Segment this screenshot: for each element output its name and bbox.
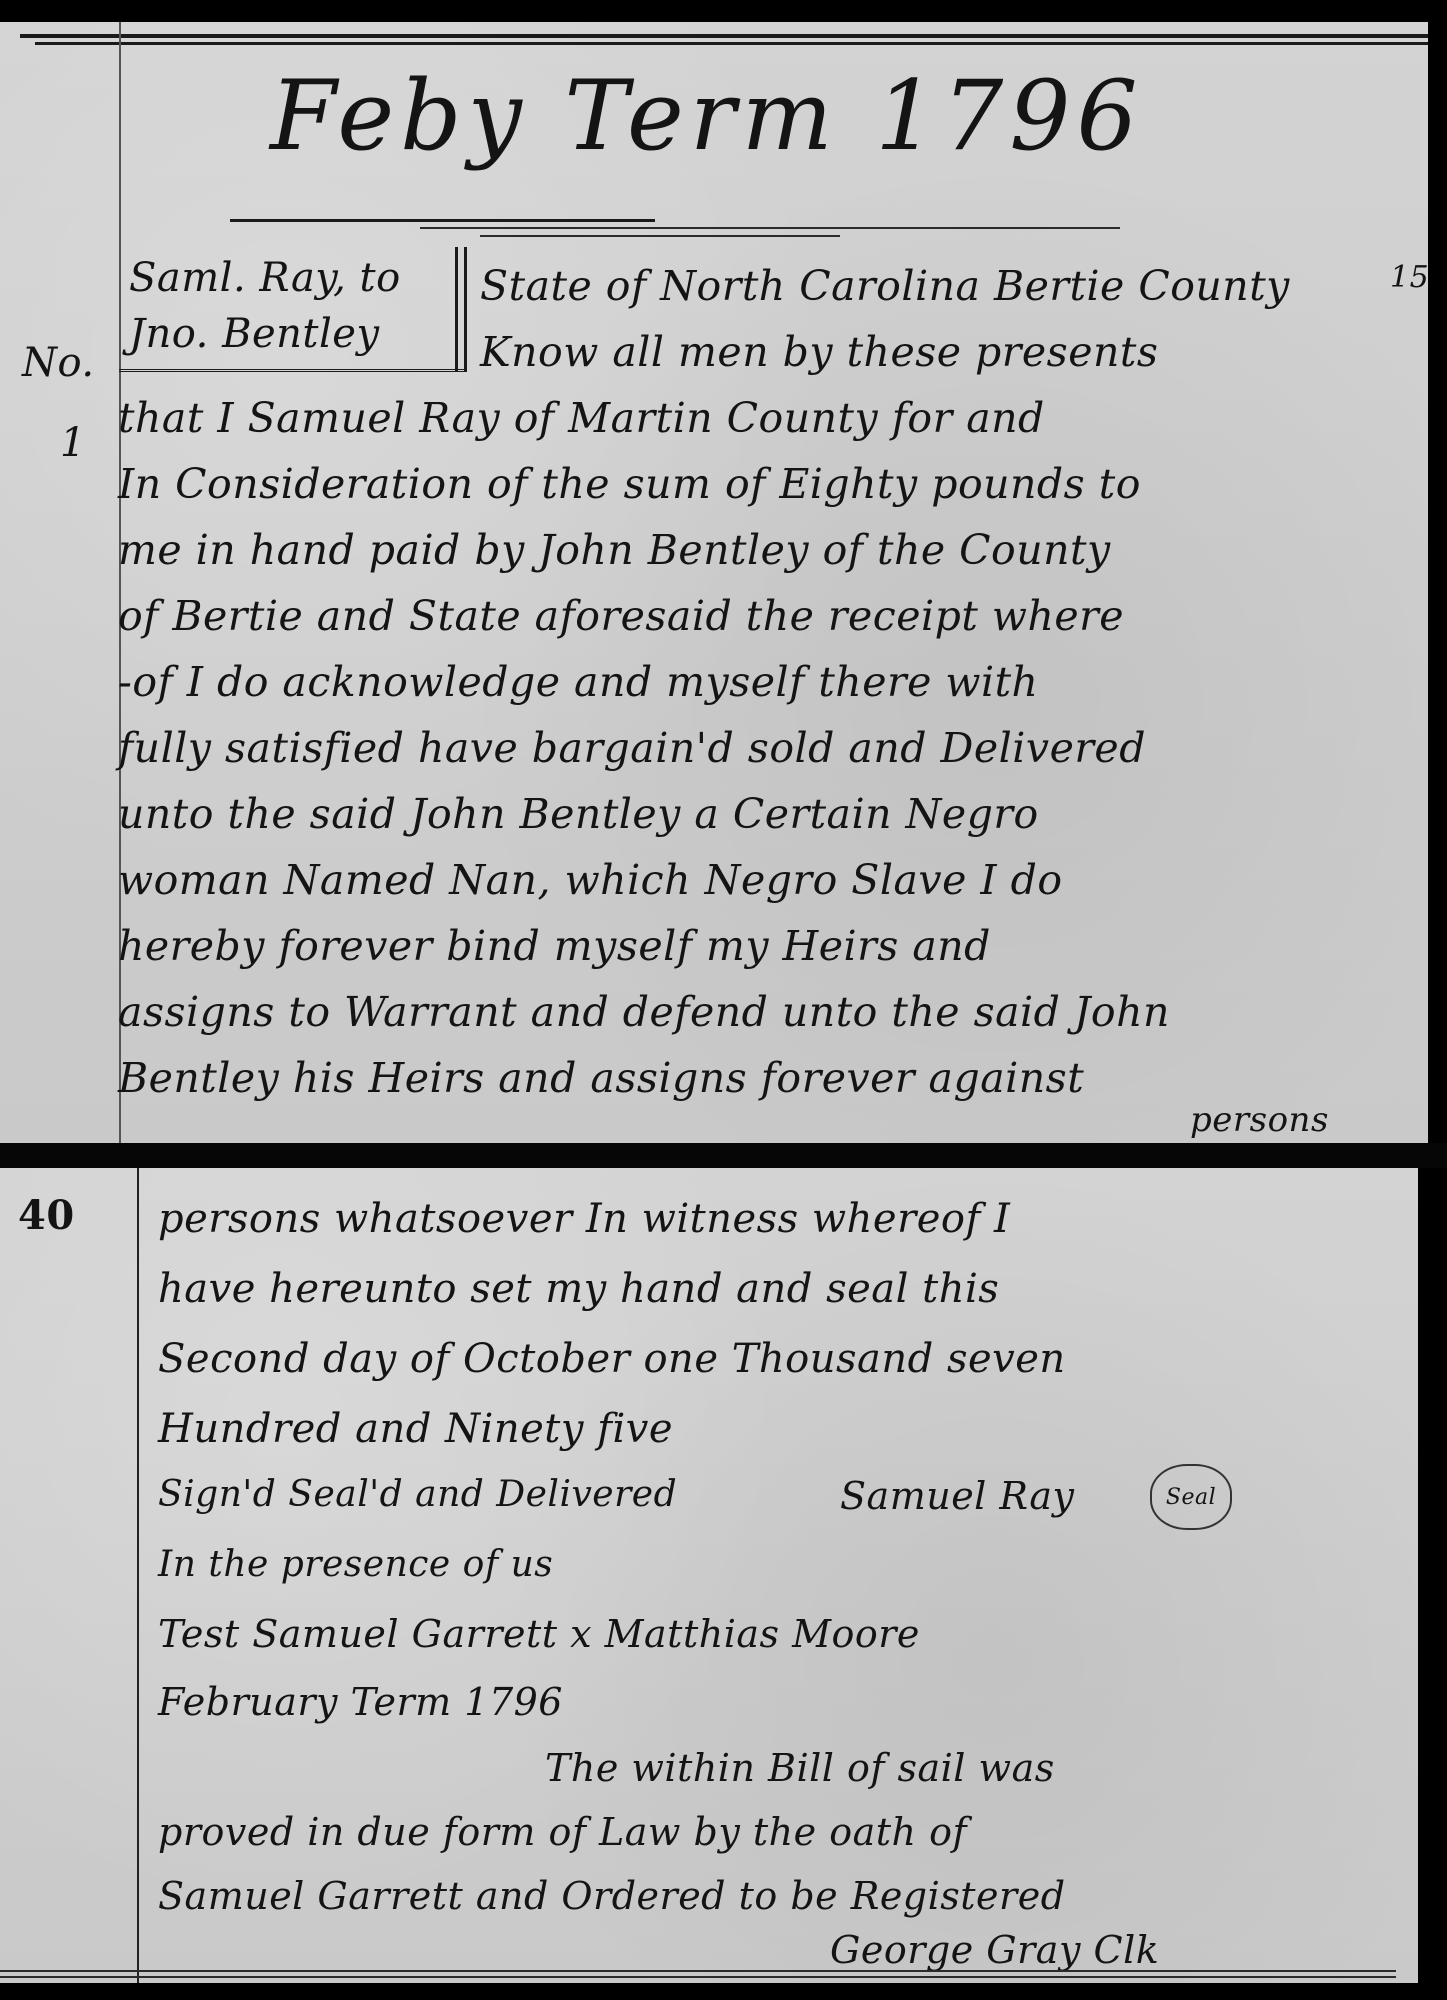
left-margin-line: [137, 1168, 139, 1983]
page-divider: [0, 1143, 1447, 1168]
in-presence-of: In the presence of us: [158, 1544, 553, 1585]
title-underline-3: [480, 235, 840, 237]
document-line: of Bertie and State aforesaid the receip…: [118, 592, 1124, 640]
clerk-signature: George Gray Clk: [830, 1928, 1159, 1972]
document-line: have hereunto set my hand and seal this: [158, 1266, 999, 1312]
document-line: woman Named Nan, which Negro Slave I do: [118, 856, 1063, 904]
document-line: hereby forever bind myself my Heirs and: [118, 922, 991, 970]
document-line: unto the said John Bentley a Certain Neg…: [118, 790, 1039, 838]
seal-mark: Seal: [1150, 1464, 1232, 1530]
court-note-line: Samuel Garrett and Ordered to be Registe…: [158, 1874, 1066, 1918]
ledger-page-bottom: 40 persons whatsoever In witness whereof…: [0, 1168, 1418, 1983]
document-line: Second day of October one Thousand seven: [158, 1336, 1066, 1382]
document-line: me in hand paid by John Bentley of the C…: [118, 526, 1111, 574]
document-line: persons: [1190, 1100, 1329, 1140]
bottom-double-rule: [0, 1970, 1396, 1972]
page-number: 40: [18, 1192, 75, 1239]
caption-box: Saml. Ray, to Jno. Bentley: [119, 247, 467, 372]
court-term: February Term 1796: [158, 1680, 563, 1724]
document-line: that I Samuel Ray of Martin County for a…: [118, 394, 1045, 442]
document-line: fully satisfied have bargain'd sold and …: [118, 724, 1146, 772]
caption-bracket-2: [464, 247, 467, 372]
title-underline-2: [420, 227, 1120, 229]
page-header-title: Feby Term 1796: [270, 60, 1144, 172]
top-double-rule-2: [35, 42, 1428, 45]
top-double-rule: [20, 34, 1428, 38]
court-note-line: The within Bill of sail was: [545, 1746, 1055, 1790]
seal-label: Seal: [1166, 1485, 1216, 1510]
document-line: State of North Carolina Bertie County: [480, 262, 1290, 310]
ledger-page-top: Feby Term 1796 Saml. Ray, to Jno. Bentle…: [0, 22, 1428, 1143]
document-line: persons whatsoever In witness whereof I: [158, 1196, 1010, 1242]
entry-number: 1: [60, 420, 86, 466]
document-line: Hundred and Ninety five: [158, 1406, 673, 1452]
grantor-signature: Samuel Ray: [840, 1474, 1075, 1518]
document-line: Know all men by these presents: [480, 328, 1158, 376]
document-line: assigns to Warrant and defend unto the s…: [118, 988, 1170, 1036]
left-margin-line: [119, 22, 121, 1143]
title-underline: [230, 219, 655, 222]
caption-grantor: Saml. Ray, to: [129, 255, 401, 301]
entry-number-label: No.: [22, 340, 95, 386]
document-line: In Consideration of the sum of Eighty po…: [118, 460, 1141, 508]
bottom-double-rule-2: [0, 1976, 1396, 1978]
document-line: -of I do acknowledge and myself there wi…: [118, 658, 1038, 706]
witness-line: Test Samuel Garrett x Matthias Moore: [158, 1612, 920, 1656]
court-note-line: proved in due form of Law by the oath of: [158, 1810, 967, 1854]
caption-bracket: [455, 247, 458, 372]
caption-grantee: Jno. Bentley: [129, 311, 380, 357]
corner-note: 15: [1390, 260, 1429, 295]
signed-sealed-delivered: Sign'd Seal'd and Delivered: [158, 1474, 677, 1515]
